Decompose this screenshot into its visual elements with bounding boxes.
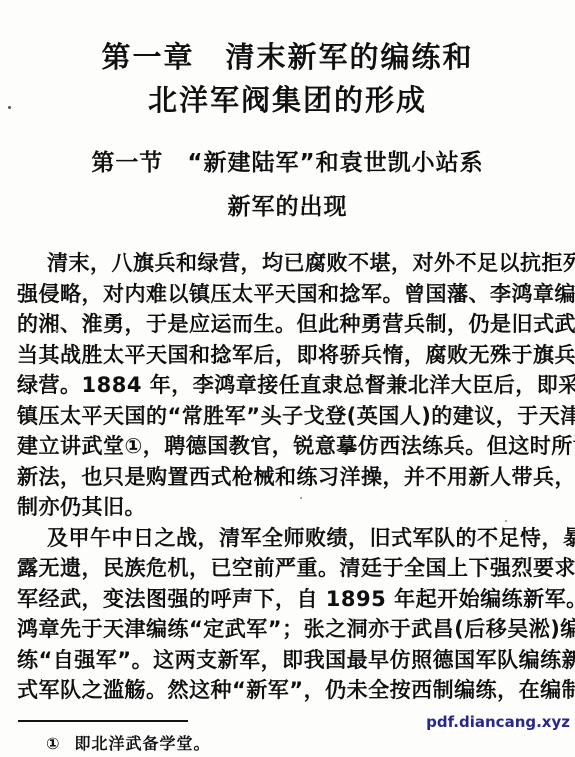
chapter-title: 第一章 清末新军的编练和 北洋军阀集团的形成 bbox=[0, 36, 575, 122]
body-text: 清末，八旗兵和绿营，均已腐败不堪，对外不足以抗拒列强侵略，对内难以镇压太平天国和… bbox=[17, 248, 558, 706]
text-line: 强侵略，对内难以镇压太平天国和捻军。曾国藩、李鸿章编练 bbox=[17, 279, 558, 310]
scan-speckle bbox=[55, 329, 58, 332]
text-line: 的湘、淮勇，于是应运而生。但此种勇营兵制，仍是旧式武装， bbox=[17, 309, 558, 340]
section-title: 第一节 “新建陆军”和袁世凯小站系 新军的出现 bbox=[0, 141, 575, 229]
text-line: 军经武，变法图强的呼声下，自 1895 年起开始编练新军。李 bbox=[17, 584, 558, 615]
text-line: 练“自强军”。这两支新军，即我国最早仿照德国军队编练新 bbox=[17, 645, 558, 676]
paragraph-1: 清末，八旗兵和绿营，均已腐败不堪，对外不足以抗拒列强侵略，对内难以镇压太平天国和… bbox=[17, 248, 558, 523]
scan-speckle bbox=[300, 497, 302, 499]
text-line: 及甲午中日之战，清军全师败绩，旧式军队的不足恃，暴 bbox=[17, 523, 558, 554]
text-line: 式军队之滥觞。然这种“新军”，仍未全按西制编练，在编制 bbox=[17, 675, 558, 706]
text-line: 镇压太平天国的“常胜军”头子戈登(英国人)的建议，于天津 bbox=[17, 401, 558, 432]
footnote-divider bbox=[18, 720, 188, 722]
scan-speckle bbox=[342, 567, 344, 569]
footnote-text: 即北洋武备学堂。 bbox=[75, 734, 211, 753]
text-line: 当其战胜太平天国和捻军后，即将骄兵惰，腐败无殊于旗兵和 bbox=[17, 340, 558, 371]
text-line: 清末，八旗兵和绿营，均已腐败不堪，对外不足以抗拒列 bbox=[17, 248, 558, 279]
text-line: 新法，也只是购置西式枪械和练习洋操，并不用新人带兵，编 bbox=[17, 462, 558, 493]
book-page: 第一章 清末新军的编练和 北洋军阀集团的形成 第一节 “新建陆军”和袁世凯小站系… bbox=[0, 0, 575, 757]
footnote: ①即北洋武备学堂。 bbox=[46, 731, 211, 754]
scan-speckle bbox=[8, 106, 11, 109]
text-line: 建立讲武堂①，聘德国教官，锐意摹仿西法练兵。但这时所谓 bbox=[17, 431, 558, 462]
text-line: 制亦仍其旧。 bbox=[17, 492, 558, 523]
chapter-title-line1: 第一章 清末新军的编练和 bbox=[0, 36, 575, 79]
text-line: 露无遗，民族危机，已空前严重。清廷于全国上下强烈要求整 bbox=[17, 553, 558, 584]
paragraph-2: 及甲午中日之战，清军全师败绩，旧式军队的不足恃，暴露无遗，民族危机，已空前严重。… bbox=[17, 523, 558, 706]
section-title-line2: 新军的出现 bbox=[0, 185, 575, 229]
text-line: 绿营。1884 年，李鸿章接任直隶总督兼北洋大臣后，即采纳 bbox=[17, 370, 558, 401]
footnote-marker: ① bbox=[46, 734, 61, 753]
watermark-text: pdf.diancang.xyz bbox=[426, 713, 570, 731]
chapter-title-line2: 北洋军阀集团的形成 bbox=[0, 79, 575, 122]
text-line: 鸿章先于天津编练“定武军”；张之洞亦于武昌(后移吴淞)编 bbox=[17, 614, 558, 645]
scan-speckle bbox=[505, 520, 507, 522]
section-title-line1: 第一节 “新建陆军”和袁世凯小站系 bbox=[0, 141, 575, 185]
